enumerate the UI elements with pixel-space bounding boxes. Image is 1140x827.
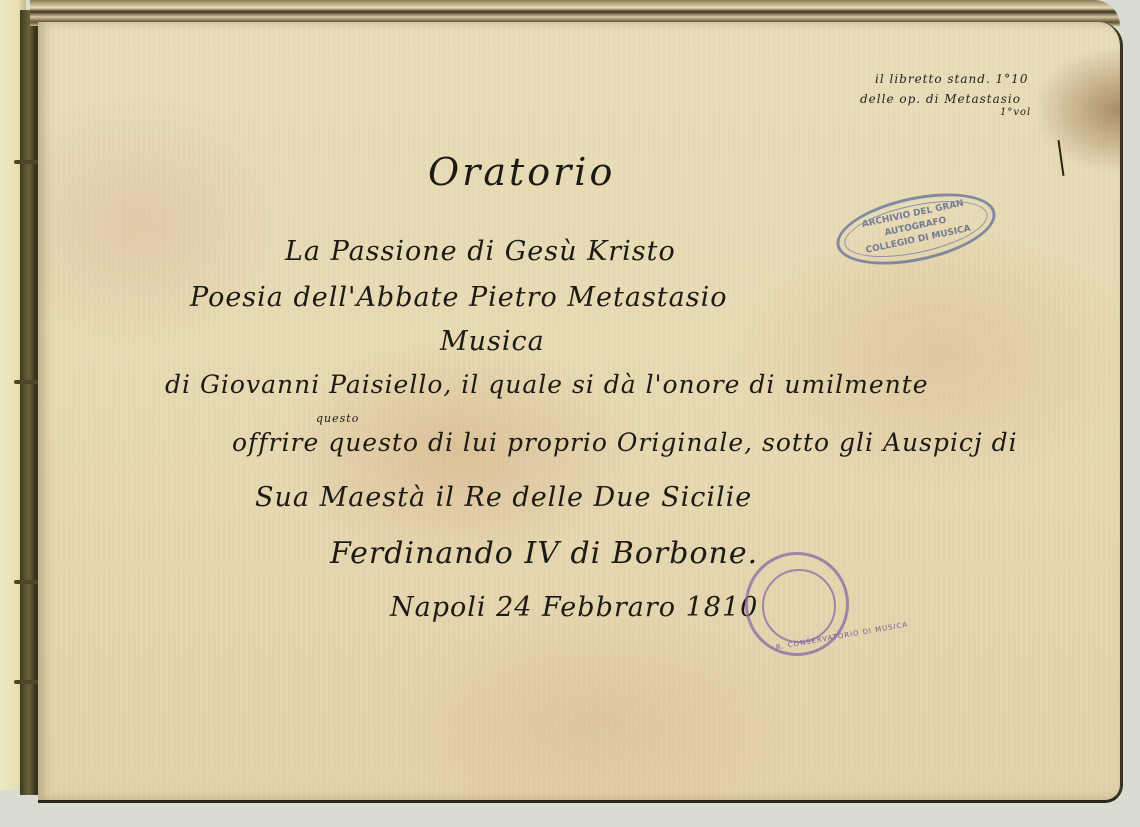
corner-note-line2: delle op. di Metastasio — [860, 92, 1021, 106]
dedication-line: offrire questo di lui proprio Originale,… — [232, 428, 1018, 457]
date-line: Napoli 24 Febbraro 1810 — [390, 592, 758, 623]
corner-note-line3: 1°vol — [1000, 107, 1031, 118]
composer-line: di Giovanni Paisiello, il quale si dà l'… — [165, 370, 929, 399]
interlinear-insert: questo — [316, 412, 359, 425]
music-heading: Musica — [440, 326, 545, 357]
work-title-line: La Passione di Gesù Kristo — [285, 236, 676, 267]
king-name-line: Ferdinando IV di Borbone. — [330, 536, 758, 571]
king-line: Sua Maestà il Re delle Due Sicilie — [255, 482, 752, 513]
corner-note-line1: il libretto stand. 1°10 — [875, 72, 1028, 86]
page-title: Oratorio — [428, 150, 615, 194]
poet-line: Poesia dell'Abbate Pietro Metastasio — [190, 282, 728, 313]
manuscript-page — [38, 22, 1123, 803]
